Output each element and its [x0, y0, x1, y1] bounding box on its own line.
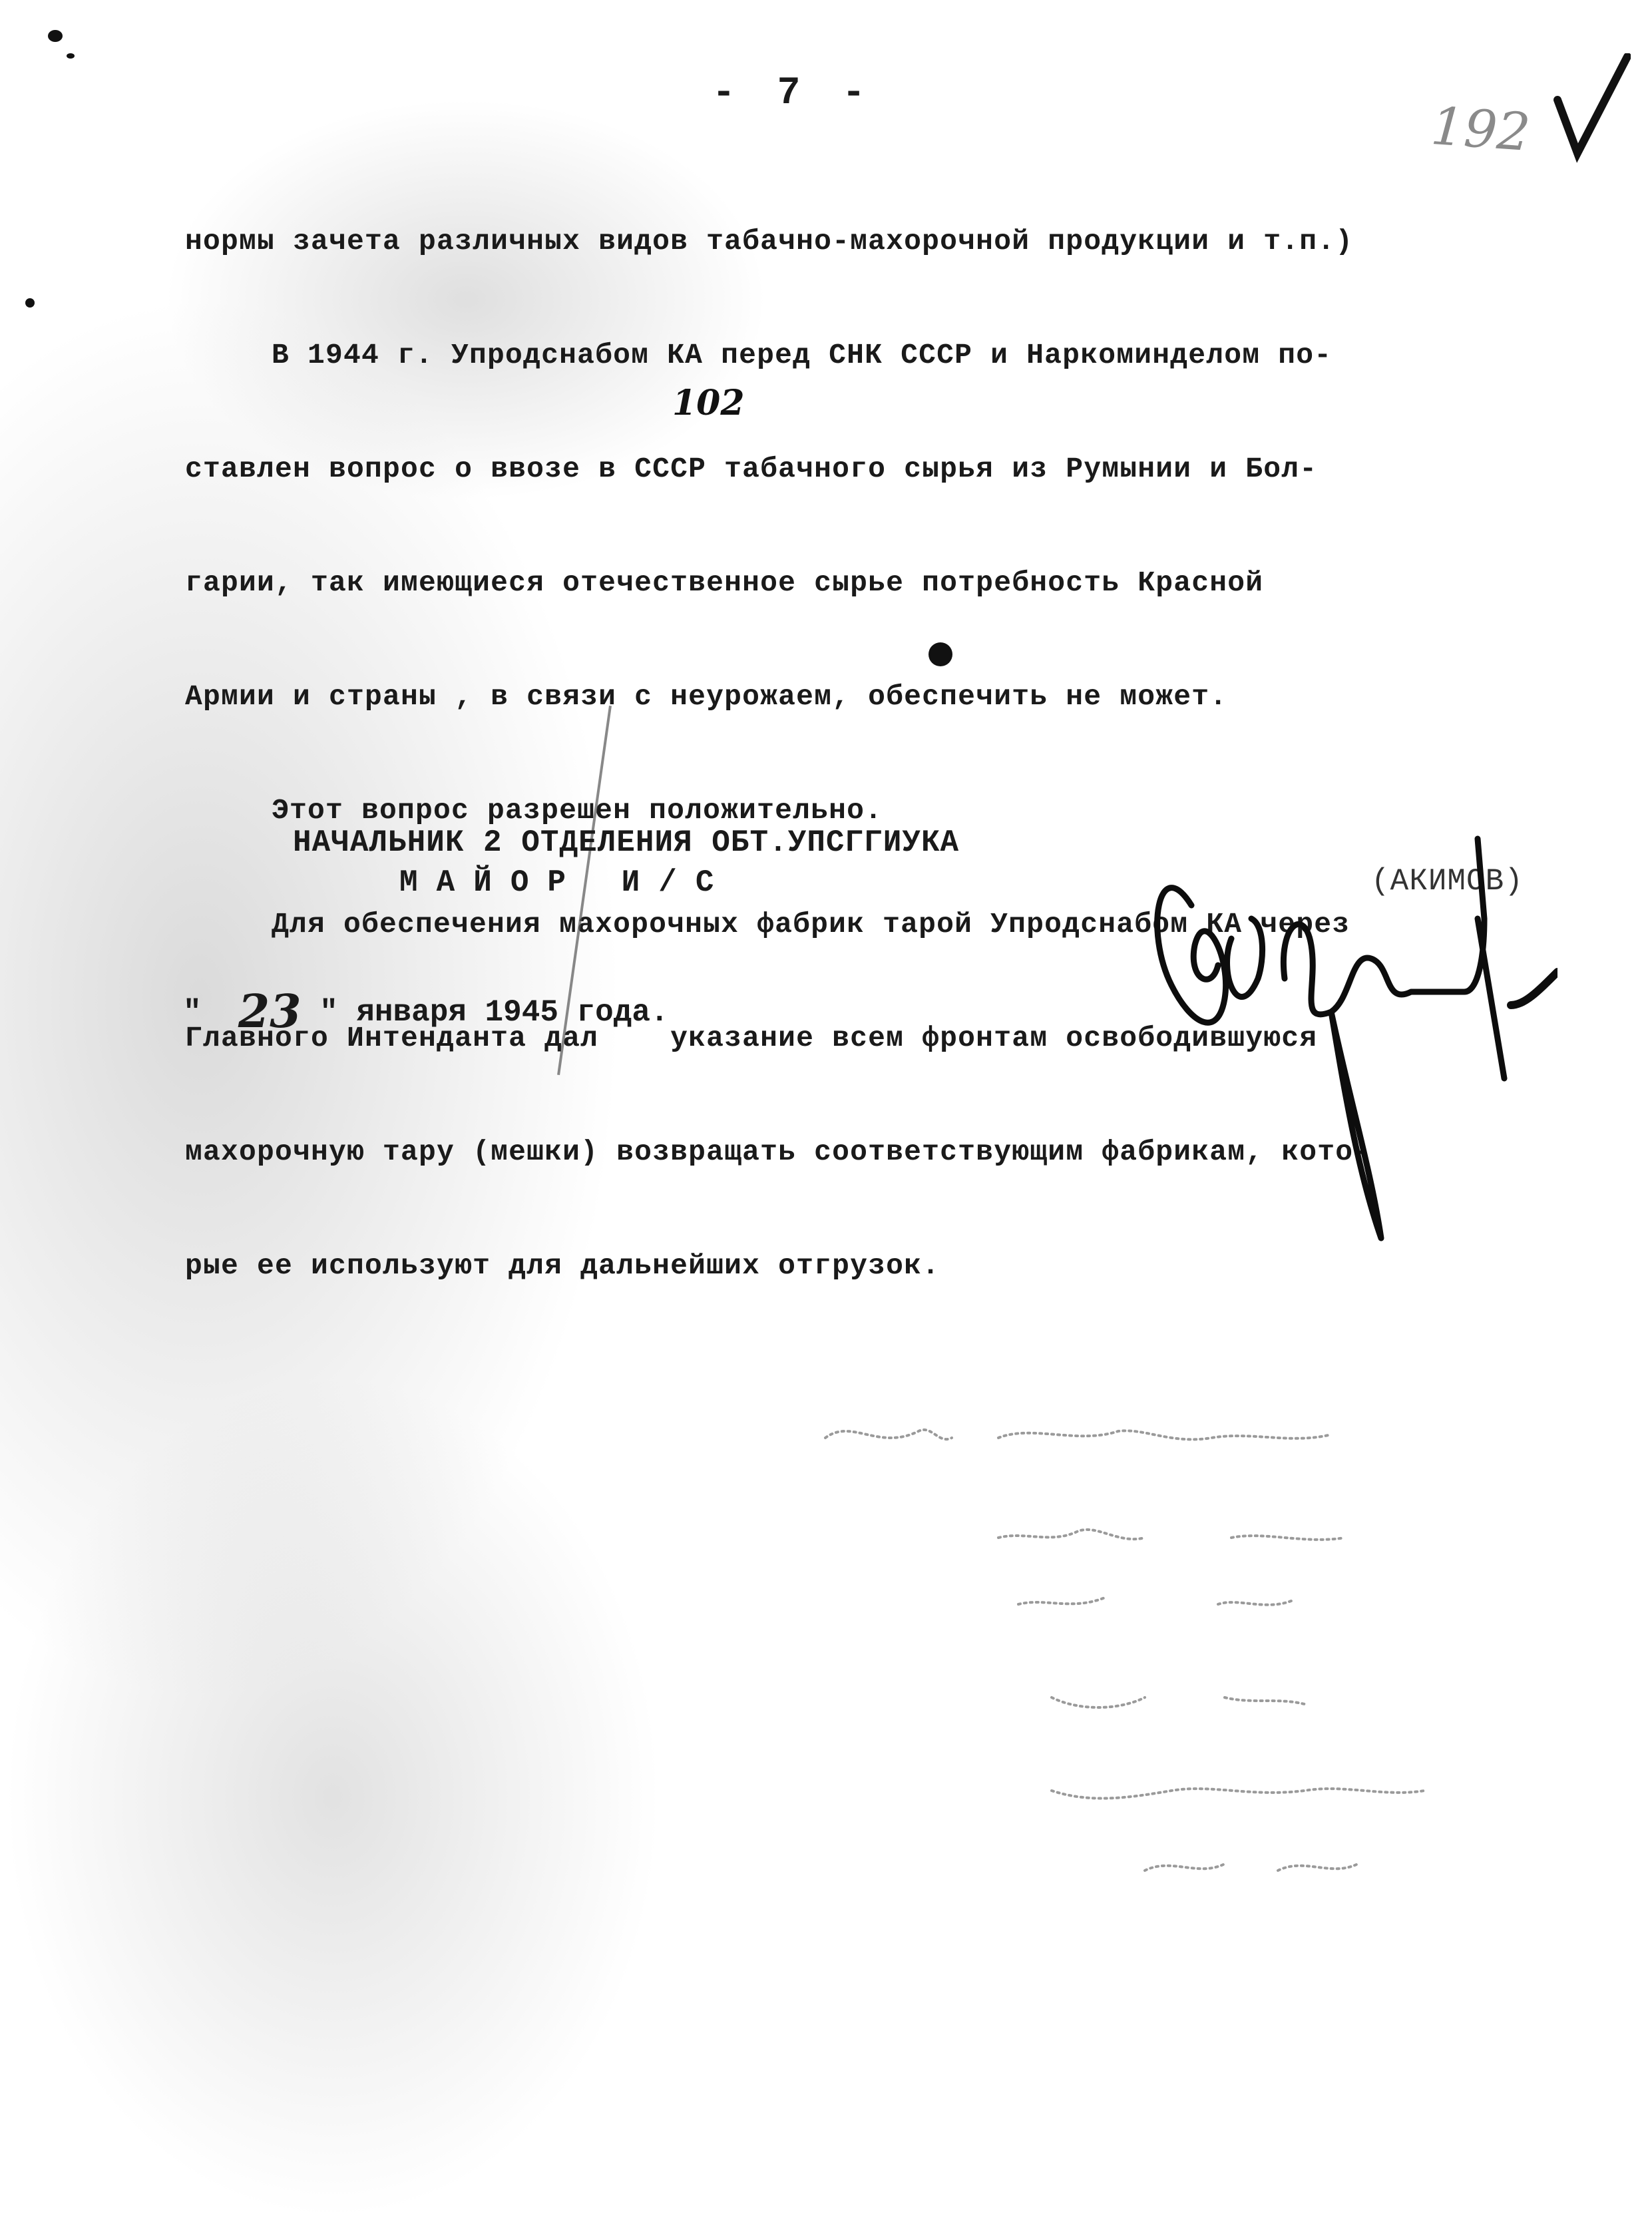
body-line: Этот вопрос разрешен положительно.	[185, 791, 1636, 829]
date-rest: " января 1945 года.	[319, 995, 669, 1030]
body-line: рые ее используют для дальнейших отгрузо…	[185, 1247, 1636, 1285]
inline-handwritten-note: 102	[672, 383, 745, 423]
document-date: " 23 " января 1945 года.	[183, 979, 669, 1032]
handwritten-signature-icon	[1132, 825, 1557, 1251]
page-number: - 7 -	[712, 72, 875, 115]
signatory-title: НАЧАЛЬНИК 2 ОТДЕЛЕНИЯ ОБТ.УПСГГИУКА	[293, 825, 959, 860]
body-line: В 1944 г. Упродснабом КА перед СНК СССР …	[185, 336, 1636, 374]
body-line: нормы зачета различных видов табачно-мах…	[185, 222, 1636, 260]
illegible-handwritten-notes-icon	[799, 1365, 1531, 1884]
date-day-handwritten: 23	[238, 985, 302, 1038]
ink-spot	[25, 298, 35, 308]
body-line: Армии и страны , в связи с неурожаем, об…	[185, 678, 1636, 716]
body-line: гарии, так имеющиеся отечественное сырье…	[185, 564, 1636, 602]
ink-spot	[67, 53, 75, 59]
ink-spot	[929, 642, 952, 666]
signatory-rank: МАЙОР И/С	[399, 865, 732, 900]
date-open-quote: "	[183, 995, 202, 1030]
body-line: ставлен вопрос о ввозе в СССР табачного …	[185, 450, 1636, 488]
ink-spot	[48, 30, 63, 42]
